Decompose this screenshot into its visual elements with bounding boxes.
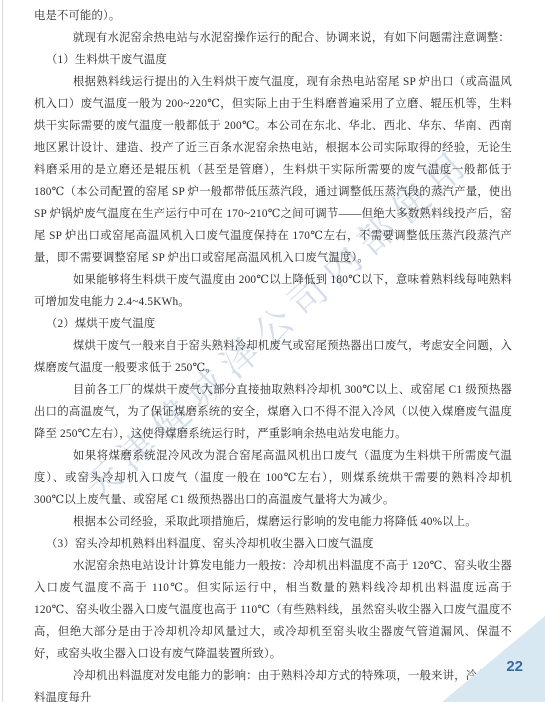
paragraph: 水泥窑余热电站设计计算发电能力一般按：冷却机出料温度不高于 120℃、窑头收尘器… [34,555,512,665]
page-number: 22 [506,658,523,675]
document-body: 电是不可能的）。 就现有水泥窑余热电站与水泥窑操作运行的配合、协调来说，有如下问… [34,5,512,702]
paragraph: 就现有水泥窑余热电站与水泥窑操作运行的配合、协调来说，有如下问题需注意调整： [34,27,512,49]
paragraph: 冷却机出料温度对发电能力的影响：由于熟料冷却方式的特殊项，一般来讲，冷却机出料温… [34,665,512,702]
paragraph: 根据本公司经验，采取此项措施后，煤磨运行影响的发电能力将降低 40%以上。 [34,511,512,533]
paragraph: 根据熟料线运行提出的入生料烘干废气温度，现有余热电站窑尾 SP 炉出口（或高温风… [34,71,512,269]
section-heading-2: （2）煤烘干废气温度 [34,313,512,335]
paragraph: 电是不可能的）。 [34,5,512,27]
section-heading-1: （1）生料烘干废气温度 [34,49,512,71]
paragraph: 如果将煤磨系统混冷风改为混合窑尾高温风机出口废气（温度为生料烘干所需废气温度）、… [34,445,512,511]
section-heading-3: （3）窑头冷却机熟料出料温度、窑头冷却机收尘器入口废气温度 [34,533,512,555]
paragraph: 煤烘干废气一般来自于窑头熟料冷却机废气或窑尾预热器出口废气，考虑安全问题，入煤磨… [34,335,512,379]
paragraph: 如果能够将生料烘干废气温度由 200℃以上降低到 180℃以下，意味着熟料线每吨… [34,269,512,313]
document-page: 天津健城泽公司内部使用 电是不可能的）。 就现有水泥窑余热电站与水泥窑操作运行的… [0,0,545,702]
paragraph: 目前各工厂的煤烘干废气大部分直接抽取熟料冷却机 300℃以上、或窑尾 C1 级预… [34,379,512,445]
page-edge-line [2,0,3,702]
